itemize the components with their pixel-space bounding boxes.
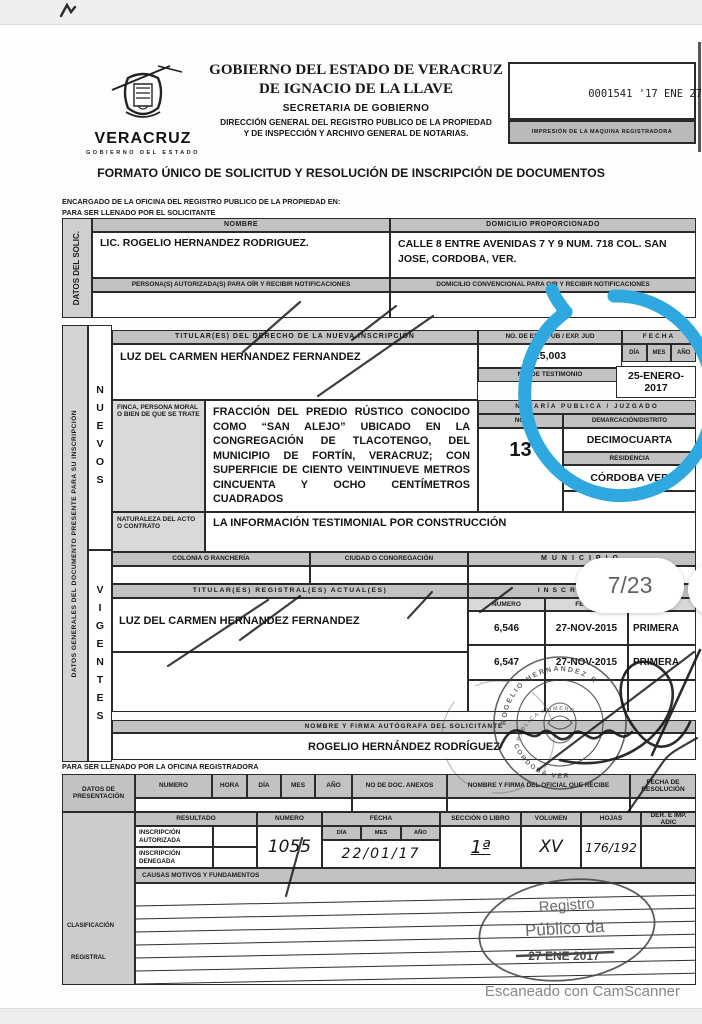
colonia-header: COLONIA O RANCHERÍA bbox=[112, 552, 310, 566]
col-domicilio: DOMICILIO PROPORCIONADO bbox=[390, 218, 696, 232]
result-hojas-value: 176/192 bbox=[581, 826, 641, 868]
page-edge-shadow bbox=[698, 42, 701, 152]
viewer-top-strip bbox=[0, 0, 702, 25]
office-col-mes: MES bbox=[281, 774, 315, 798]
finca-description: FRACCIÓN DEL PREDIO RÚSTICO CONOCIDO COM… bbox=[205, 400, 478, 512]
notaria-number: 13 bbox=[479, 439, 562, 462]
org-direction-line1: DIRECCIÓN GENERAL DEL REGISTRO PUBLICO D… bbox=[205, 117, 507, 127]
ciudad-header: CIUDAD O CONGREGACIÓN bbox=[310, 552, 468, 566]
demarcacion-value: DECIMOCUARTA bbox=[563, 428, 696, 452]
office-title: PARA SER LLENADO POR LA OFICINA REGISTRA… bbox=[62, 762, 258, 771]
vigentes-strip: VIGENTES bbox=[88, 550, 112, 762]
org-name-line2: DE IGNACIO DE LA LLAVE bbox=[205, 81, 507, 98]
applicant-address-cell: CALLE 8 ENTRE AVENIDAS 7 Y 9 NUM. 718 CO… bbox=[390, 232, 696, 278]
result-seccion-value: 1ª bbox=[440, 826, 521, 868]
registro-publico-stamp: Registro Público da 27 ENE 2017 bbox=[470, 872, 665, 990]
titular-nuevo-cell: LUZ DEL CARMEN HERNANDEZ FERNANDEZ bbox=[112, 344, 478, 400]
residencia-value: CÓRDOBA VER bbox=[563, 465, 696, 491]
notaria-juzgado-header: NOTARÍA PUBLICA / JUZGADO bbox=[478, 400, 696, 414]
state-coat-of-arms-icon bbox=[98, 60, 188, 132]
inscripcion-autorizada-label: INSCRIPCIÓN AUTORIZADA bbox=[136, 827, 190, 846]
office-row1-empty-d bbox=[630, 798, 696, 812]
applicant-side-label: DATOS DEL SOLIC. bbox=[72, 231, 81, 305]
intro-line1: ENCARGADO DE LA OFICINA DEL REGISTRO PUB… bbox=[62, 197, 340, 206]
org-name-line1: GOBIERNO DEL ESTADO DE VERACRUZ bbox=[205, 62, 507, 79]
col-nombre: NOMBRE bbox=[92, 218, 390, 232]
clasificacion-label: CLASIFICACIÓN bbox=[67, 923, 114, 930]
result-volumen-value: XV bbox=[521, 826, 581, 868]
nuevos-strip: NUEVOS bbox=[88, 325, 112, 550]
finca-label: FINCA, PERSONA MORAL O BIEN DE QUE SE TR… bbox=[112, 400, 205, 512]
office-left-column: CLASIFICACIÓN REGISTRAL bbox=[62, 812, 135, 985]
colonia-empty-cell bbox=[112, 566, 310, 584]
result-col-fecha: FECHA bbox=[322, 812, 440, 826]
office-col-ano: AÑO bbox=[315, 774, 352, 798]
office-col-hora: HORA bbox=[212, 774, 247, 798]
result-col-der: DER. E IMP. ADIC bbox=[641, 812, 696, 826]
notary-seal: ROGELIO HERNANDEZ R PUBLICA NUMERO CORDO… bbox=[440, 645, 700, 795]
registral-row1-numero: 6,546 bbox=[468, 611, 545, 645]
general-side-label: DATOS GENERALES DEL DOCUMENTO PRESENTE P… bbox=[71, 410, 79, 677]
mes-label: MES bbox=[647, 344, 672, 362]
registrales-header: TITULAR(ES) REGISTRAL(ES) ACTUAL(ES) bbox=[112, 584, 468, 598]
dia-mes-ano-header: DÍA MES AÑO bbox=[622, 344, 696, 362]
result-mes-label: MES bbox=[361, 826, 400, 840]
naturaleza-label: NATURALEZA DEL ACTO O CONTRATO bbox=[112, 512, 205, 552]
applicant-side-label-cell: DATOS DEL SOLIC. bbox=[62, 218, 92, 318]
demarcacion-label: DEMARCACIÓN/DISTRITO bbox=[563, 414, 696, 428]
residencia-label: RESIDENCIA bbox=[563, 452, 696, 465]
registro-stamp-line2: Público da bbox=[525, 917, 606, 940]
applicant-name-cell: LIC. ROGELIO HERNANDEZ RODRIGUEZ. bbox=[92, 232, 390, 278]
registral-row1-fecha: 27-NOV-2015 bbox=[545, 611, 628, 645]
machine-stamp-number: 0001541 '17 ENE 27 bbox=[540, 88, 702, 100]
result-col-numero: NUMERO bbox=[257, 812, 322, 826]
result-fecha-subheader: DÍA MES AÑO bbox=[322, 826, 440, 840]
logo-wordmark: VERACRUZ bbox=[78, 130, 208, 148]
numero-subheader: NUMERO bbox=[468, 598, 545, 611]
fecha-header: FECHA bbox=[622, 330, 696, 344]
page-badge-text: 7/23 bbox=[608, 572, 653, 599]
org-direction-line2: Y DE INSPECCIÓN Y ARCHIVO GENERAL DE NOT… bbox=[205, 128, 507, 138]
naturaleza-value: LA INFORMACIÓN TESTIMONIAL POR CONSTRUCC… bbox=[205, 512, 696, 552]
registral-row1-orden: PRIMERA bbox=[628, 611, 696, 645]
ciudad-empty-cell bbox=[310, 566, 468, 584]
result-col-resultado: RESULTADO bbox=[135, 812, 257, 826]
notary-seal-text-mid: PUBLICA NUMERO bbox=[516, 706, 576, 742]
office-col-anexos: NO DE DOC. ANEXOS bbox=[352, 774, 447, 798]
office-col-dia: DÍA bbox=[247, 774, 281, 798]
office-row1-empty-c bbox=[447, 798, 630, 812]
inscripcion-autorizada-check-cell bbox=[213, 826, 257, 847]
inscripcion-denegada-label: INSCRIPCIÓN DENEGADA bbox=[136, 848, 190, 867]
titular-actual-empty-cell bbox=[112, 652, 468, 712]
testimonio-header: NO. DE TESTIMONIO bbox=[478, 368, 622, 382]
page-badge[interactable]: 7/23 bbox=[576, 558, 684, 613]
esc-pub-value: 25,003 bbox=[478, 344, 622, 368]
inscripcion-denegada-cell: INSCRIPCIÓN DENEGADA bbox=[135, 847, 213, 868]
scan-artifact bbox=[58, 2, 78, 20]
camscanner-watermark: Escaneado con CamScanner bbox=[380, 983, 680, 1000]
domicilio-conv-empty-cell bbox=[390, 292, 696, 318]
general-side-label-cell: DATOS GENERALES DEL DOCUMENTO PRESENTE P… bbox=[62, 325, 88, 762]
form-title: FORMATO ÚNICO DE SOLICITUD Y RESOLUCIÓN … bbox=[40, 166, 662, 180]
screenshot-root: { "viewer": { "page_badge": "7/23", "foo… bbox=[0, 0, 702, 1024]
result-fecha-value: 22/01/17 bbox=[322, 840, 440, 868]
viewer-bottom-strip bbox=[0, 1008, 702, 1024]
org-dept: SECRETARIA DE GOBIERNO bbox=[205, 103, 507, 114]
col-personas-autorizadas: PERSONA(S) AUTORIZADA(S) PARA OÍR Y RECI… bbox=[92, 278, 390, 292]
col-domicilio-convencional: DOMICILIO CONVENCIONAL PARA OIR Y RECIBI… bbox=[390, 278, 696, 292]
fecha-escritura-value: 25-ENERO-2017 bbox=[616, 366, 696, 398]
notaria-no-value: 13 bbox=[478, 428, 563, 512]
titular-nuevo-header: TITULAR(ES) DEL DERECHO DE LA NUEVA INSC… bbox=[112, 330, 478, 344]
result-col-volumen: VOLUMEN bbox=[521, 812, 581, 826]
esc-pub-header: NO. DE ESC. PUB / EXP. JUD bbox=[478, 330, 622, 344]
registro-stamp-line1: Registro bbox=[538, 895, 595, 916]
office-side-header: DATOS DE PRESENTACIÓN bbox=[62, 774, 135, 812]
office-row1-empty-a bbox=[135, 798, 352, 812]
result-dia-label: DÍA bbox=[322, 826, 361, 840]
vigentes-label: VIGENTES bbox=[94, 584, 106, 728]
notaria-no-label: NO. bbox=[478, 414, 563, 428]
office-row1-empty-b bbox=[352, 798, 447, 812]
inscripcion-autorizada-cell: INSCRIPCIÓN AUTORIZADA bbox=[135, 826, 213, 847]
svg-text:PUBLICA NUMERO: PUBLICA NUMERO bbox=[516, 706, 576, 742]
result-ano-label: AÑO bbox=[401, 826, 440, 840]
result-der-empty bbox=[641, 826, 696, 868]
nuevos-label: NUEVOS bbox=[94, 384, 106, 492]
registral-label: REGISTRAL bbox=[71, 955, 106, 962]
result-col-seccion: SECCIÓN O LIBRO bbox=[440, 812, 521, 826]
residencia-filler-cell bbox=[563, 491, 696, 512]
result-col-hojas: HOJAS bbox=[581, 812, 641, 826]
intro-line2: PARA SER LLENADO POR EL SOLICITANTE bbox=[62, 208, 215, 217]
result-numero-value: 1055 bbox=[257, 826, 322, 868]
office-col-numero: NUMERO bbox=[135, 774, 212, 798]
personas-empty-cell bbox=[92, 292, 390, 318]
inscripcion-denegada-check-cell bbox=[213, 847, 257, 868]
ano-label: AÑO bbox=[671, 344, 696, 362]
titular-actual-cell: LUZ DEL CARMEN HERNANDEZ FERNANDEZ bbox=[112, 598, 468, 652]
machine-stamp-caption: IMPRESIÓN DE LA MAQUINA REGISTRADORA bbox=[508, 120, 696, 144]
titular-actual-name: LUZ DEL CARMEN HERNANDEZ FERNANDEZ bbox=[119, 615, 467, 627]
dia-label: DÍA bbox=[622, 344, 647, 362]
logo-subtitle: GOBIERNO DEL ESTADO bbox=[78, 150, 208, 156]
